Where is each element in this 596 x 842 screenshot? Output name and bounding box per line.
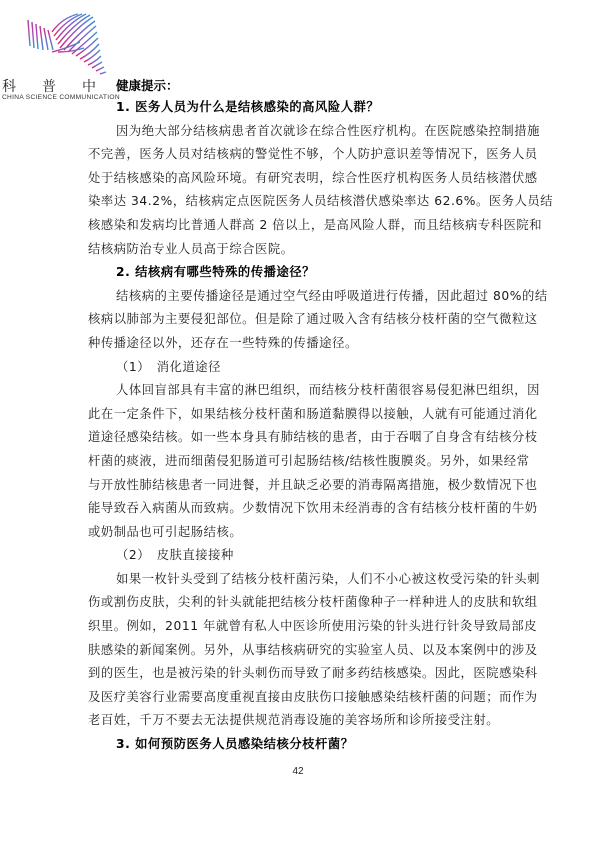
paragraph-line: 杆菌的痰液，进而细菌侵犯肠道可引起肠结核/结核性腹膜炎。另外，如果经常	[88, 450, 512, 474]
paragraph-line: 如果一枚针头受到了结核分枝杆菌污染，人们不小心被这枚受污染的针头刺	[88, 568, 512, 592]
paragraph-line: 种传播途径以外，还存在一些特殊的传播途径。	[88, 332, 512, 356]
paragraph-line: 道途径感染结核。如一些本身具有肺结核的患者，由于吞咽了自身含有结核分枝	[88, 426, 512, 450]
logo-chinese-text: 科普中	[2, 76, 122, 96]
paragraph-line: 结核病的主要传播途径是通过空气经由呼吸道进行传播，因此超过 80%的结	[88, 285, 512, 309]
health-tip-title: 健康提示：	[116, 76, 179, 94]
paragraph-line: 处于结核感染的高风险环境。有研究表明，综合性医疗机构医务人员结核潜伏感	[88, 167, 512, 191]
paragraph-line: 到的医生，也是被污染的针头刺伤而导致了耐多药结核感染。因此，医院感染科	[88, 662, 512, 686]
page-number: 42	[0, 766, 596, 777]
paragraph-line: 与开放性肺结核患者一同进餐，并且缺乏必要的消毒隔离措施，极少数情况下也	[88, 474, 512, 498]
paragraph-line: 此在一定条件下，如果结核分枝杆菌和肠道黏膜得以接触，人就有可能通过消化	[88, 403, 512, 427]
paragraph-line: 伤或割伤皮肤，尖利的针头就能把结核分枝杆菌像种子一样种进人的皮肤和软组	[88, 591, 512, 615]
paragraph-line: 不完善，医务人员对结核病的警觉性不够，个人防护意识差等情况下，医务人员	[88, 143, 512, 167]
subsection-2-label: （2） 皮肤直接接种	[88, 544, 512, 568]
paragraph-line: 及医疗美容行业需要高度重视直接由皮肤伤口接触感染结核杆菌的问题；而作为	[88, 686, 512, 710]
paragraph-line: 结核病防治专业人员高于综合医院。	[88, 238, 512, 262]
logo-wave-icon	[22, 8, 132, 80]
section-2-heading: 2. 结核病有哪些特殊的传播途径？	[88, 261, 512, 285]
paragraph-line: 因为绝大部分结核病患者首次就诊在综合性医疗机构。在医院感染控制措施	[88, 120, 512, 144]
subsection-1-label: （1） 消化道途径	[88, 356, 512, 380]
paragraph-line: 老百姓，千万不要去无法提供规范消毒设施的美容场所和诊所接受注射。	[88, 709, 512, 733]
paragraph-line: 织里。例如，2011 年就曾有私人中医诊所使用污染的针头进行针灸导致局部皮	[88, 615, 512, 639]
paragraph-line: 或奶制品也可引起肠结核。	[88, 521, 512, 545]
section-1-heading: 1. 医务人员为什么是结核感染的高风险人群？	[88, 96, 512, 120]
paragraph-line: 人体回盲部具有丰富的淋巴组织，而结核分枝杆菌很容易侵犯淋巴组织，因	[88, 379, 512, 403]
section-3-heading: 3. 如何预防医务人员感染结核分枝杆菌？	[88, 733, 512, 757]
document-body: 1. 医务人员为什么是结核感染的高风险人群？ 因为绝大部分结核病患者首次就诊在综…	[88, 96, 512, 757]
paragraph-line: 核感染和发病均比普通人群高 2 倍以上，是高风险人群，而且结核病专科医院和	[88, 214, 512, 238]
paragraph-line: 能导致吞入病菌从而致病。少数情况下饮用未经消毒的含有结核分枝杆菌的牛奶	[88, 497, 512, 521]
paragraph-line: 肤感染的新闻案例。另外，从事结核病研究的实验室人员、以及本案例中的涉及	[88, 639, 512, 663]
paragraph-line: 核病以肺部为主要侵犯部位。但是除了通过吸入含有结核分枝杆菌的空气微粒这	[88, 308, 512, 332]
paragraph-line: 染率达 34.2%，结核病定点医院医务人员结核潜伏感染率达 62.6%。医务人员…	[88, 190, 512, 214]
